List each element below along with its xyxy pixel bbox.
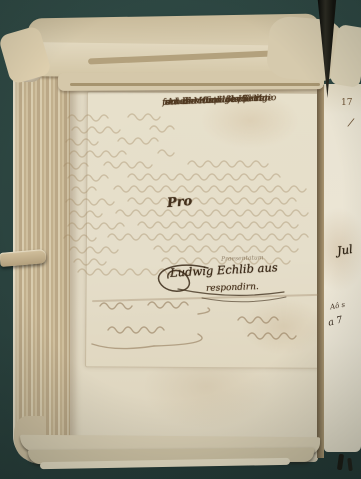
binding-tassel — [347, 458, 353, 471]
signature-subscript: respondirn. — [206, 282, 259, 294]
folio-number: 17 — [341, 98, 352, 108]
bleedthrough-writing — [58, 106, 323, 276]
page-top-seam — [70, 83, 320, 86]
pro-notation: Pro — [166, 194, 193, 211]
manuscript-photo: An die Hochlöbwürdige und Ehrwürdige Her… — [0, 0, 361, 479]
right-conjugate-page — [324, 84, 361, 452]
margin-mark-jul: Jul — [336, 242, 353, 258]
binding-tassel — [337, 454, 344, 471]
